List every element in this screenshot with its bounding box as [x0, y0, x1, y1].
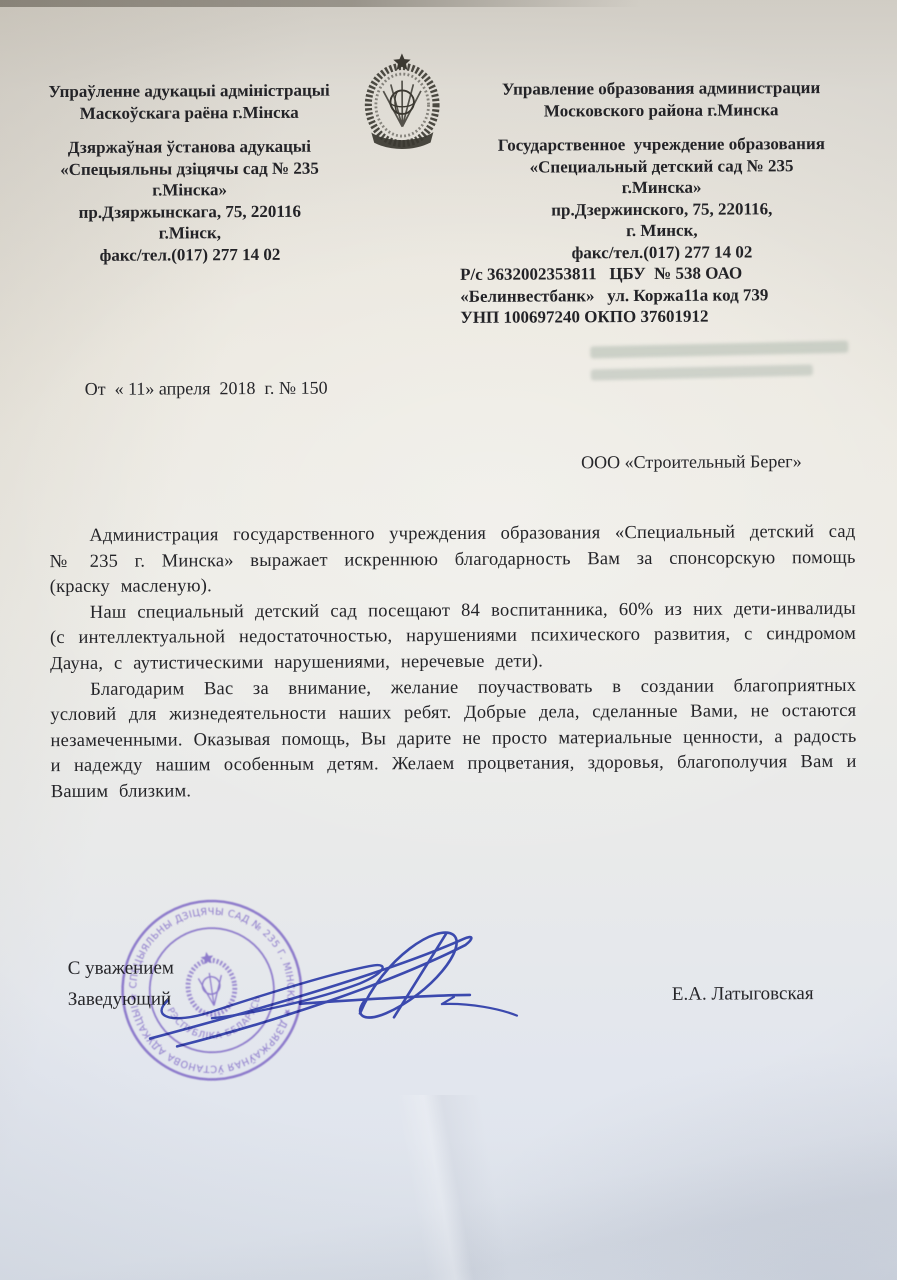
signer-name: Е.А. Латыговская — [672, 983, 814, 1006]
letter-sheet: Упраўленне адукацыі адміністрацыі Маскоў… — [0, 0, 897, 1280]
institution-line: г. Минск, — [456, 219, 868, 243]
institution-line: «Специальный детский сад № 235 — [455, 154, 867, 178]
institution-line: Государственное учреждение образования — [455, 133, 867, 157]
bleed-through-text — [590, 341, 849, 381]
bank-detail-line: УНП 100697240 ОКПО 37601912 — [456, 305, 868, 329]
letter-body: Администрация государственного учреждени… — [49, 520, 856, 806]
institution-line: г.Мінск, — [14, 221, 366, 244]
institution-line: г.Минска» — [456, 176, 868, 200]
bank-details: Р/с 3632002353811 ЦБУ № 538 ОАО «Белинве… — [456, 262, 868, 329]
scanned-letter: Упраўленне адукацыі адміністрацыі Маскоў… — [0, 0, 897, 1280]
institution-line: г.Мінска» — [14, 178, 366, 201]
addressee-line: ООО «Строительный Берег» — [581, 451, 802, 473]
letterhead-right: Управление образования администрации Мос… — [455, 77, 868, 329]
institution-line: факс/тел.(017) 277 14 02 — [456, 240, 868, 264]
org-name-line: Управление образования администрации — [455, 77, 867, 101]
letterhead-left: Упраўленне адукацыі адміністрацыі Маскоў… — [13, 79, 366, 266]
org-name-line: Упраўленне адукацыі адміністрацыі — [13, 79, 365, 102]
state-emblem-icon — [355, 50, 450, 154]
body-paragraph: Администрация государственного учреждени… — [49, 520, 855, 601]
reference-line: От « 11» апреля 2018 г. № 150 — [85, 378, 328, 400]
org-name-line: Маскоўскага раёна г.Мінска — [13, 101, 365, 124]
institution-line: факс/тел.(017) 277 14 02 — [14, 243, 366, 266]
institution-line: «Спецыяльны дзіцячы сад № 235 — [13, 157, 365, 180]
institution-line: пр.Дзяржынскага, 75, 220116 — [14, 200, 366, 223]
bank-detail-line: Р/с 3632002353811 ЦБУ № 538 ОАО — [456, 262, 868, 286]
institution-line: пр.Дзержинского, 75, 220116, — [456, 197, 868, 221]
body-paragraph: Благодарим Вас за внимание, желание поуч… — [50, 673, 857, 805]
institution-line: Дзяржаўная ўстанова адукацыі — [13, 135, 365, 158]
body-paragraph: Наш специальный детский сад посещают 84 … — [50, 597, 856, 678]
handwritten-signature — [131, 895, 542, 1062]
bank-detail-line: «Белинвестбанк» ул. Коржа11а код 739 — [456, 283, 868, 307]
org-name-line: Московского района г.Минска — [455, 98, 867, 122]
